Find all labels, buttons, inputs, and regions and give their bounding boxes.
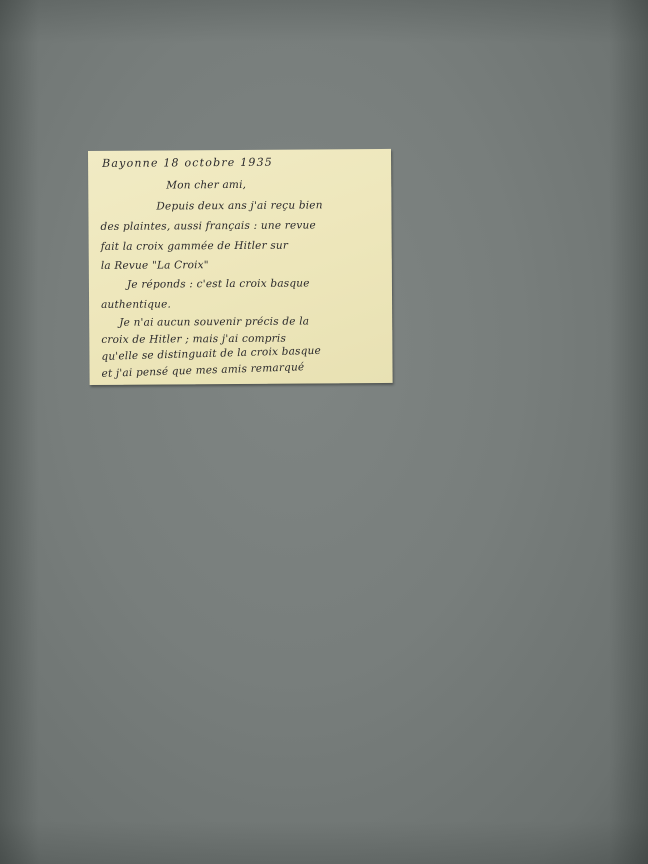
letter-line: qu'elle se distinguait de la croix basqu… (101, 345, 321, 363)
background-vignette (0, 0, 648, 864)
salutation: Mon cher ami, (166, 179, 246, 192)
letter-line: authentique. (101, 298, 171, 310)
letter-line: fait la croix gammée de Hitler sur (101, 240, 289, 253)
letter-line: Depuis deux ans j'ai reçu bien (156, 199, 322, 212)
date-line: Bayonne 18 octobre 1935 (102, 156, 273, 170)
letter-line: des plaintes, aussi français : une revue (100, 219, 315, 233)
note-card: Bayonne 18 octobre 1935 Mon cher ami, De… (88, 149, 393, 385)
letter-line: Je réponds : c'est la croix basque (127, 277, 310, 290)
letter-line: la Revue "La Croix" (101, 259, 209, 272)
letter-line: croix de Hitler ; mais j'ai compris (101, 333, 286, 346)
letter-line: et j'ai pensé que mes amis remarqué (101, 361, 304, 380)
letter-line: Je n'ai aucun souvenir précis de la (119, 315, 309, 328)
